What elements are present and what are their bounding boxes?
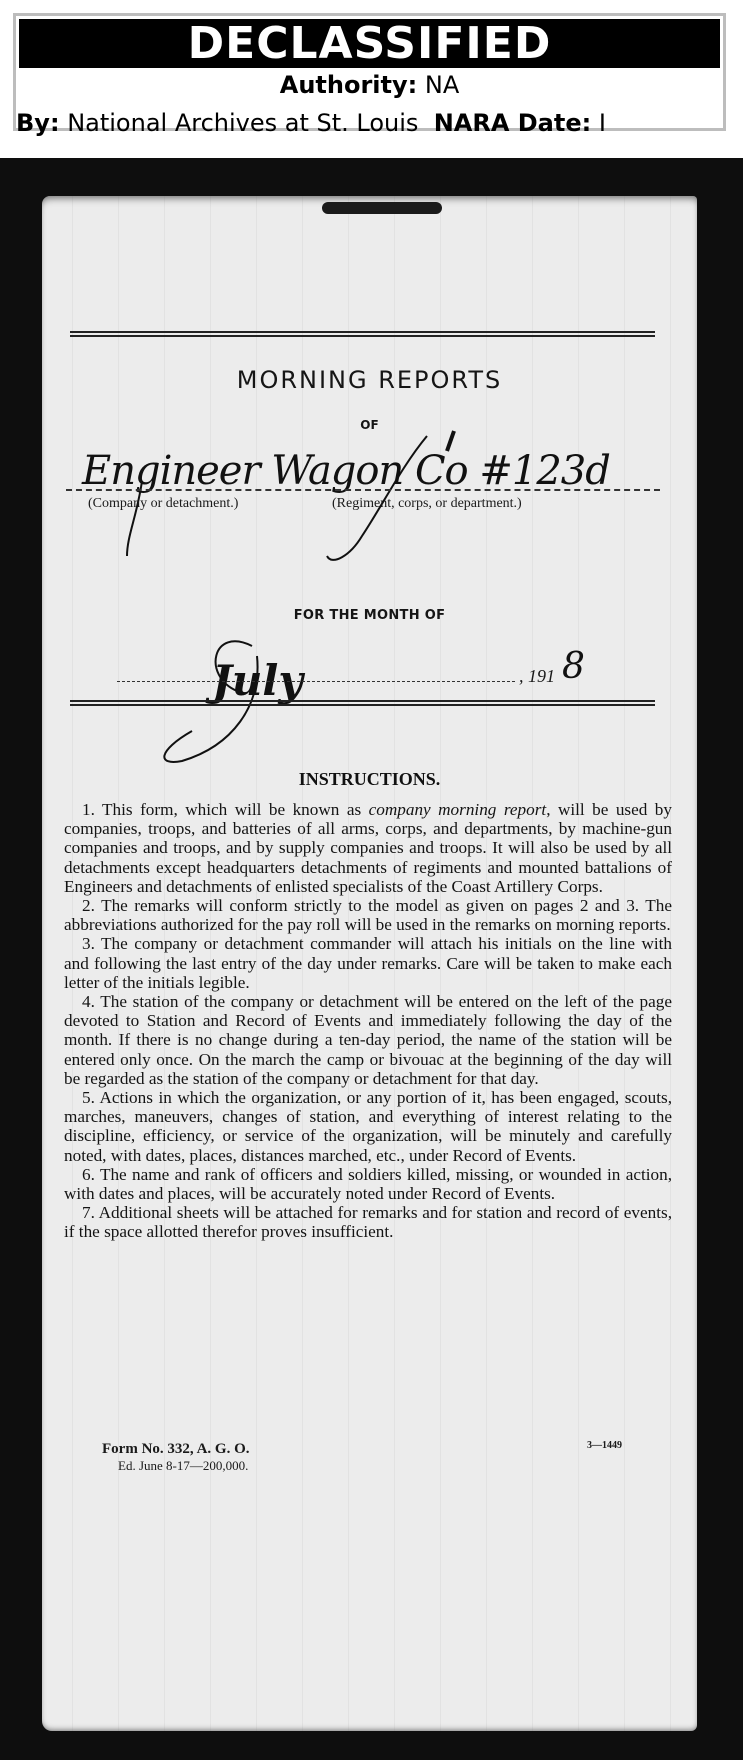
month-dotted-line bbox=[117, 681, 515, 682]
regiment-caption: (Regiment, corps, or department.) bbox=[332, 496, 522, 512]
scanned-image: MORNING REPORTS OF Engineer Wagon Co #12… bbox=[0, 158, 743, 1760]
morning-report-form: MORNING REPORTS OF Engineer Wagon Co #12… bbox=[42, 196, 697, 1731]
instructions-heading: INSTRUCTIONS. bbox=[42, 769, 697, 790]
binding-tab bbox=[322, 202, 442, 214]
instruction-item: 2. The remarks will conform strictly to … bbox=[64, 896, 672, 934]
instruction-item: 6. The name and rank of officers and sol… bbox=[64, 1165, 672, 1203]
authority-label: Authority: bbox=[280, 71, 417, 99]
authority-value: NA bbox=[425, 71, 459, 99]
instructions-list: 1. This form, which will be known as com… bbox=[64, 800, 672, 1242]
instruction-item: 3. The company or detachment commander w… bbox=[64, 934, 672, 992]
banner-by-line: By: National Archives at St. Louis NARA … bbox=[16, 108, 723, 138]
handwriting-flourish bbox=[82, 406, 682, 566]
declassified-banner: DECLASSIFIED Authority: NA By: National … bbox=[13, 13, 726, 131]
year-prefix: , 191 bbox=[519, 666, 555, 687]
banner-title: DECLASSIFIED bbox=[19, 19, 720, 68]
by-label: By: bbox=[16, 109, 60, 137]
form-title: MORNING REPORTS bbox=[42, 366, 697, 394]
by-value: National Archives at St. Louis bbox=[67, 109, 418, 137]
instruction-item: 7. Additional sheets will be attached fo… bbox=[64, 1203, 672, 1241]
handwritten-year-digit: 8 bbox=[562, 646, 585, 687]
form-number: Form No. 332, A. G. O. bbox=[102, 1441, 250, 1458]
nara-date-label: NARA Date: bbox=[434, 109, 592, 137]
instruction-item: 1. This form, which will be known as com… bbox=[64, 800, 672, 896]
month-label: FOR THE MONTH OF bbox=[42, 608, 697, 623]
form-code: 3—1449 bbox=[587, 1440, 622, 1451]
instruction-item: 5. Actions in which the organization, or… bbox=[64, 1088, 672, 1165]
nara-date-value: I bbox=[599, 109, 606, 137]
company-caption: (Company or detachment.) bbox=[88, 496, 238, 512]
form-edition: Ed. June 8-17—200,000. bbox=[118, 1458, 248, 1474]
banner-authority: Authority: NA bbox=[16, 70, 723, 100]
top-double-rule bbox=[70, 331, 655, 337]
unit-dotted-line bbox=[66, 489, 660, 491]
instruction-item: 4. The station of the company or detachm… bbox=[64, 992, 672, 1088]
mid-double-rule bbox=[70, 700, 655, 706]
